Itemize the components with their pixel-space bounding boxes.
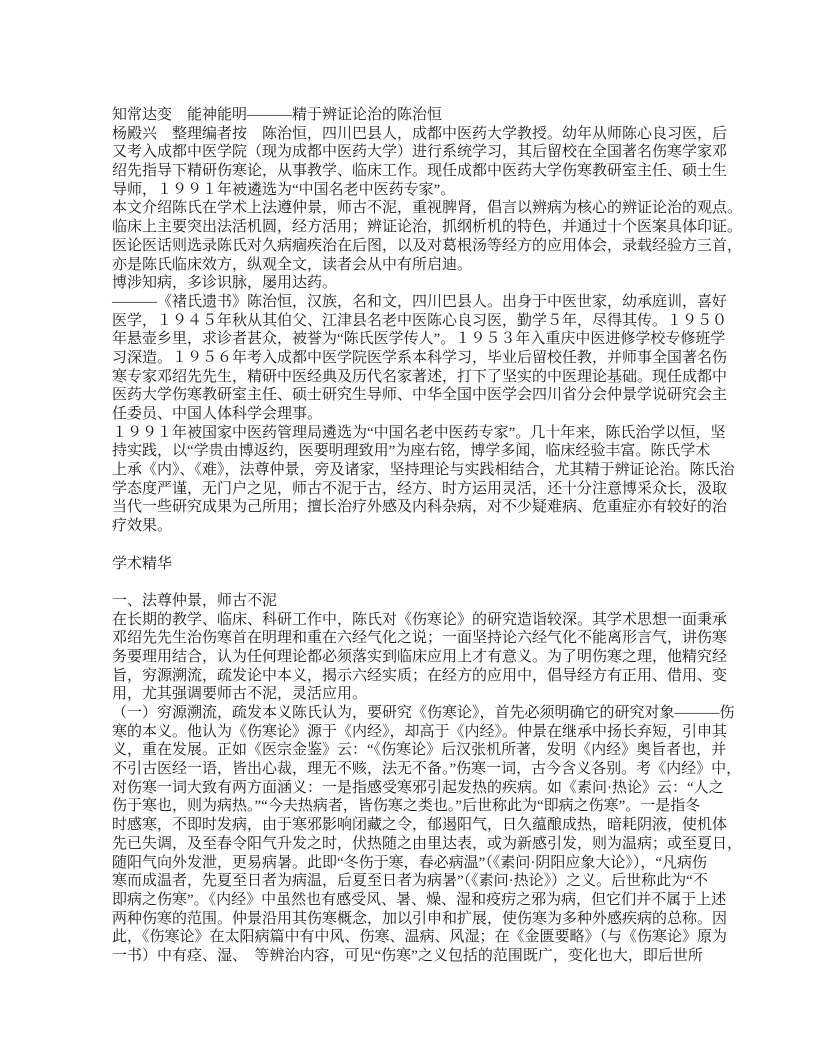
text-line: 年悬壶乡里，求诊者甚众，被誉为“陈氏医学传人”。１９５３年入重庆中医进修学校专修… (112, 330, 752, 349)
text-line: 此，《伤寒论》在太阳病篇中有中风、伤寒、温病、风湿；在《金匮要略》（与《伤寒论》… (112, 928, 752, 947)
text-line: 临床上主要突出法活机圆，经方活用；辨证论治，抓纲析机的特色，并通过十个医案具体印… (112, 218, 752, 237)
text-line: （一）穷源溯流，疏发本义陈氏认为，要研究《伤寒论》，首先必须明确它的研究对象——… (112, 704, 752, 723)
text-line: 疗效果。 (112, 517, 752, 536)
text-line: 本文介绍陈氏在学术上法遵仲景，师古不泥，重视脾肾，倡言以辨病为核心的辨证论治的观… (112, 199, 752, 218)
text-line: 寒的本义。他认为《伤寒论》源于《内经》，却高于《内经》。仲景在继承中扬长弃短，引… (112, 723, 752, 742)
text-line: 杨殿兴 整理编者按 陈治恒，四川巴县人，成都中医药大学教授。幼年从师陈心良习医，… (112, 125, 752, 144)
text-line: 亦是陈氏临床效方，纵观全文，读者会从中有所启迪。 (112, 256, 752, 275)
text-line: 当代一些研究成果为己所用；擅长治疗外感及内科杂病，对不少疑难病、危重症亦有较好的… (112, 498, 752, 517)
text-line: 医论医话则选录陈氏对久病痼疾治在后图，以及对葛根汤等经方的应用体会，录载经验方三… (112, 237, 752, 256)
document-title: 知常达变 能神能明———精于辨证论治的陈治恒 (112, 106, 752, 125)
blank-line (112, 536, 752, 555)
text-line: 任委员、中国人体科学会理事。 (112, 405, 752, 424)
text-line: 寒而成温者，先夏至日者为病温，后夏至日者为病暑”（《素问·热论》）之义。后世称此… (112, 872, 752, 891)
document-body: 知常达变 能神能明———精于辨证论治的陈治恒 杨殿兴 整理编者按 陈治恒，四川巴… (112, 106, 752, 966)
text-line: 上承《内》、《难》，法尊仲景，旁及诸家，坚持理论与实践相结合，尤其精于辨证论治。… (112, 461, 752, 480)
text-line: 对伤寒一词大致有两方面涵义：一是指感受寒邪引起发热的疾病。如《素问·热论》云：“… (112, 779, 752, 798)
text-line: 在长期的教学、临床、科研工作中，陈氏对《伤寒论》的研究造诣较深。其学术思想一面秉… (112, 611, 752, 630)
text-line: 先已失调，及至春令阳气升发之时，伏热随之由里达表，或为新感引发，则为温病；或至夏… (112, 835, 752, 854)
text-line: １９９１年被国家中医药管理局遴选为“中国名老中医药专家”。几十年来，陈氏治学以恒… (112, 424, 752, 443)
text-line: 医学，１９４５年秋从其伯父、江津县名老中医陈心良习医，勤学５年，尽得其传。１９５… (112, 312, 752, 331)
text-line: 学术精华 (112, 555, 752, 574)
text-line: 务要理用结合，认为任何理论都必须落实到临床应用上才有意义。为了明伤寒之理，他精究… (112, 648, 752, 667)
text-line: 用，尤其强调要师古不泥，灵活应用。 (112, 685, 752, 704)
text-line: 医药大学伤寒教研室主任、硕士研究生导师、中华全国中医学会四川省分会仲景学说研究会… (112, 386, 752, 405)
text-line: 即病之伤寒”。《内经》中虽然也有感受风、暑、燥、湿和疫疠之邪为病，但它们并不属于… (112, 891, 752, 910)
text-line: 学态度严谨，无门户之见，师古不泥于古，经方、时方运用灵活，还十分注意博采众长，汲… (112, 480, 752, 499)
document-lines: 杨殿兴 整理编者按 陈治恒，四川巴县人，成都中医药大学教授。幼年从师陈心良习医，… (112, 125, 752, 966)
text-line: 旨，穷源溯流，疏发论中本义，揭示六经实质；在经方的应用中，倡导经方有正用、借用、… (112, 667, 752, 686)
text-line: 又考入成都中医学院（现为成都中医药大学）进行系统学习，其后留校在全国著名伤寒学家… (112, 143, 752, 162)
text-line: 随阳气向外发泄，更易病暑。此即“冬伤于寒，春必病温”（《素问·阴阳应象大论》），… (112, 854, 752, 873)
text-line: 时感寒，不即时发病，由于寒邪影响闭藏之令，郁遏阳气，日久蕴酿成热，暗耗阴液，使机… (112, 816, 752, 835)
text-line: ———《褚氏遗书》陈治恒，汉族，名和文，四川巴县人。出身于中医世家，幼承庭训，喜… (112, 293, 752, 312)
text-line: 伤于寒也，则为病热。”“今夫热病者，皆伤寒之类也。”后世称此为“即病之伤寒”。一… (112, 797, 752, 816)
text-line: 寒专家邓绍先先生，精研中医经典及历代名家著述，打下了坚实的中医理论基础。现任成都… (112, 368, 752, 387)
text-line: 导师，１９９１年被遴选为“中国名老中医药专家”。 (112, 181, 752, 200)
blank-line (112, 573, 752, 592)
document-page: 知常达变 能神能明———精于辨证论治的陈治恒 杨殿兴 整理编者按 陈治恒，四川巴… (0, 0, 816, 1056)
text-line: 绍先指导下精研伤寒论，从事教学、临床工作。现任成都中医药大学伤寒教研室主任、硕士… (112, 162, 752, 181)
text-line: 邓绍先先生治伤寒首在明理和重在六经气化之说；一面坚持论六经气化不能离形言气，讲伤… (112, 629, 752, 648)
text-line: 一书）中有痉、湿、 等辨治内容，可见“伤寒”之义包括的范围既广，变化也大，即后世… (112, 947, 752, 966)
text-line: 不引古医经一语，皆出心裁，理无不赅，法无不备。”伤寒一词，古今含义各别。考《内经… (112, 760, 752, 779)
text-line: 习深造。１９５６年考入成都中医学院医学系本科学习，毕业后留校任教，并师事全国著名… (112, 349, 752, 368)
text-line: 博涉知病，多诊识脉，屡用达药。 (112, 274, 752, 293)
text-line: 义，重在发展。正如《医宗金鉴》云：“《伤寒论》后汉张机所著，发明《内经》奥旨者也… (112, 741, 752, 760)
text-line: 持实践，以“学贵由博返约，医要明理致用”为座右铭，博学多闻，临床经验丰富。陈氏学… (112, 442, 752, 461)
text-line: 两种伤寒的范围。仲景沿用其伤寒概念，加以引申和扩展，使伤寒为多种外感疾病的总称。… (112, 910, 752, 929)
text-line: 一、法尊仲景，师古不泥 (112, 592, 752, 611)
